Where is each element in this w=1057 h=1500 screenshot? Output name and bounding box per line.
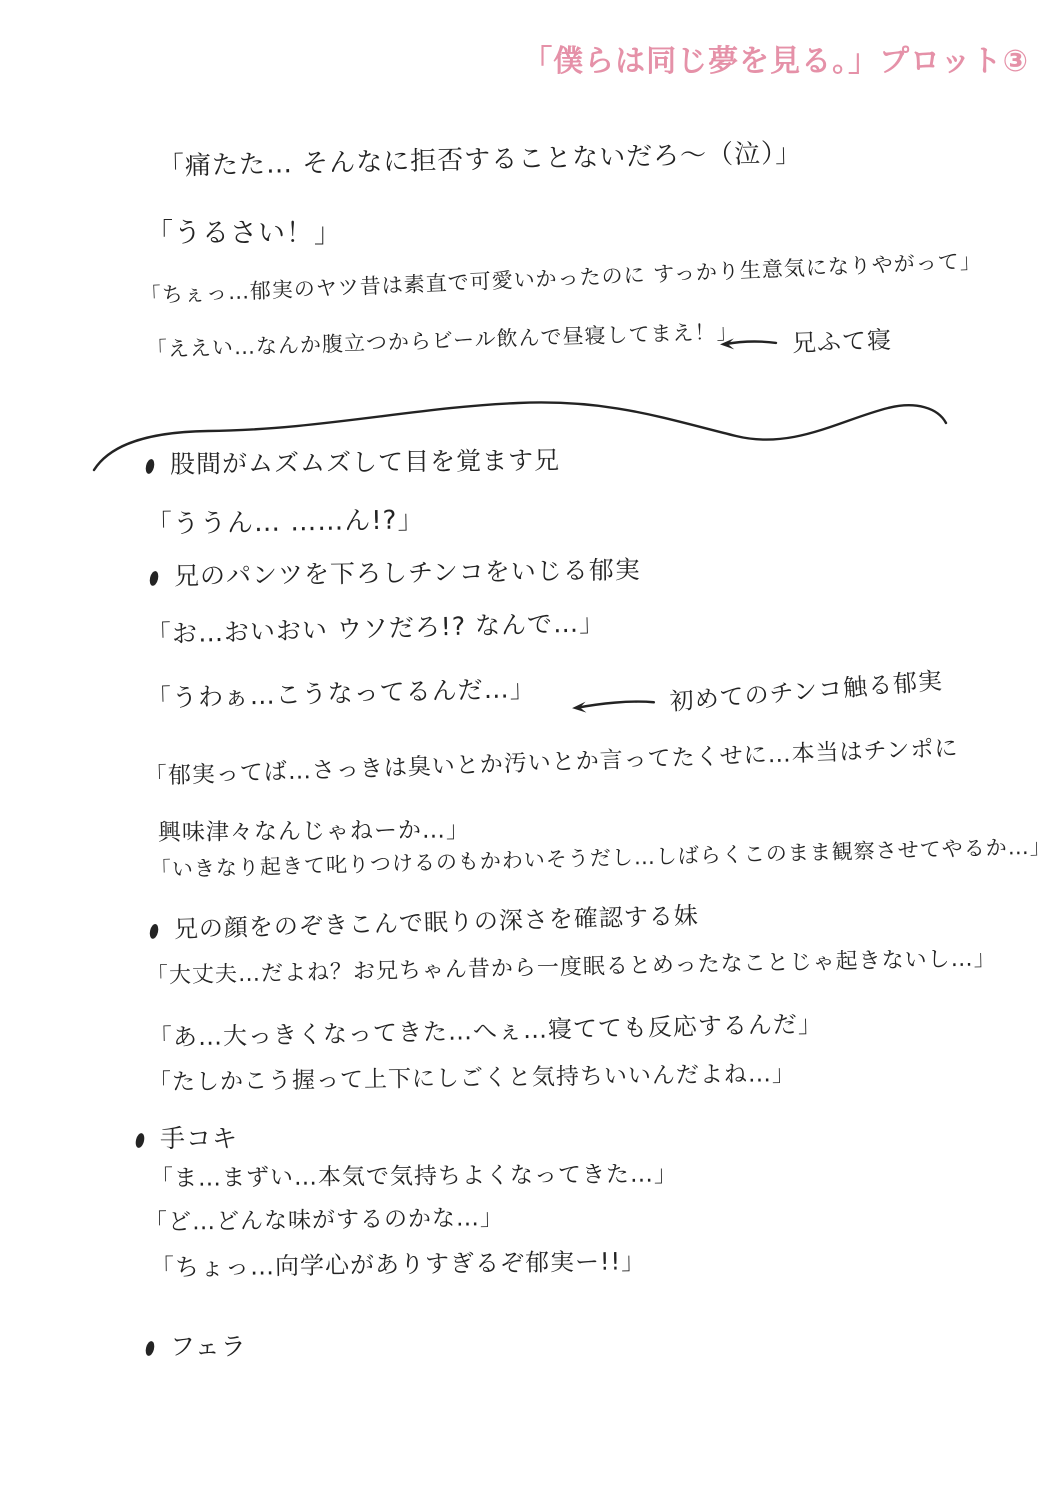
dialogue-text: 「たしかこう握って上下にしごくと気持ちいいんだよね…」 bbox=[148, 1061, 796, 1096]
dialogue-text: 興味津々なんじゃねーか…」 bbox=[158, 817, 470, 846]
manuscript-line-01: 「痛たた… そんなに拒否することないだろ〜（泣）」 bbox=[158, 139, 803, 184]
manuscript-line-05: 股間がムズムズして目を覚ます兄 bbox=[146, 446, 560, 480]
manuscript-line-10b: 興味津々なんじゃねーか…」 bbox=[158, 817, 470, 847]
manuscript-line-10a: 「郁実ってば…さっきは臭いとか汚いとか言ってたくせに…本当はチンポに bbox=[144, 736, 959, 792]
dialogue-text: 「うるさい！」 bbox=[146, 218, 342, 249]
margin-note-text: 兄ふて寝 bbox=[791, 320, 892, 358]
left-arrow-icon bbox=[716, 332, 779, 352]
page-title: 「僕らは同じ夢を見る。」プロット③ bbox=[522, 36, 1029, 80]
manuscript-line-18: 「ど…どんな味がするのかな…」 bbox=[144, 1205, 504, 1238]
dialogue-text: 「あ…大っきくなってきた…へぇ…寝てても反応するんだ」 bbox=[148, 1010, 823, 1052]
manuscript-page: 「僕らは同じ夢を見る。」プロット③ 「痛たた… そんなに拒否することないだろ〜（… bbox=[0, 0, 1057, 1500]
manuscript-line-08: 「お…おいおい ウソだろ!? なんで…」 bbox=[146, 608, 606, 650]
margin-note-brother-sulks: 兄ふて寝 bbox=[715, 320, 892, 361]
manuscript-line-04: 「ええい…なんか腹立つからビール飲んで昼寝してまえ！」 bbox=[146, 319, 739, 363]
bullet-text: 股間がムズムズして目を覚ます兄 bbox=[170, 446, 560, 479]
dialogue-text: 「ううん… ……ん!?」 bbox=[146, 505, 425, 540]
dialogue-text: 「痛たた… そんなに拒否することないだろ〜（泣）」 bbox=[158, 139, 803, 182]
dialogue-text: 「お…おいおい ウソだろ!? なんで…」 bbox=[146, 608, 606, 649]
manuscript-line-09: 「うわぁ…こうなってるんだ…」 bbox=[146, 674, 536, 714]
dialogue-text: 「大丈夫…だよね？お兄ちゃん昔から一度眠るとめったなことじゃ起きないし…」 bbox=[146, 946, 997, 989]
manuscript-line-12: 兄の顔をのぞきこんで眠りの深さを確認する妹 bbox=[150, 902, 700, 945]
dialogue-text: 「ちょっ…向学心がありすぎるぞ郁実ー!!」 bbox=[150, 1247, 647, 1282]
manuscript-line-20: フェラ bbox=[146, 1332, 247, 1362]
manuscript-line-14: 「あ…大っきくなってきた…へぇ…寝てても反応するんだ」 bbox=[148, 1010, 823, 1053]
manuscript-line-15: 「たしかこう握って上下にしごくと気持ちいいんだよね…」 bbox=[148, 1061, 796, 1098]
bullet-text: フェラ bbox=[170, 1332, 247, 1361]
dialogue-text: 「郁実ってば…さっきは臭いとか汚いとか言ってたくせに…本当はチンポに bbox=[144, 736, 959, 790]
manuscript-line-06: 「ううん… ……ん!?」 bbox=[146, 505, 425, 541]
manuscript-line-07: 兄のパンツを下ろしチンコをいじる郁実 bbox=[150, 555, 641, 592]
manuscript-line-02: 「うるさい！」 bbox=[146, 218, 342, 250]
dialogue-text: 「ど…どんな味がするのかな…」 bbox=[144, 1205, 504, 1236]
dialogue-text: 「ま…まずい…本気で気持ちよくなってきた…」 bbox=[150, 1161, 678, 1192]
bullet-text: 兄の顔をのぞきこんで眠りの深さを確認する妹 bbox=[174, 902, 700, 944]
manuscript-line-16: 手コキ bbox=[136, 1124, 238, 1154]
margin-note-first-touch: 初めてのチンコ触る郁実 bbox=[567, 661, 944, 725]
dialogue-text: 「ちぇっ…郁実のヤツ昔は素直で可愛いかったのに すっかり生意気になりやがって」 bbox=[139, 249, 982, 308]
left-arrow-icon bbox=[567, 692, 656, 717]
dialogue-text: 「ええい…なんか腹立つからビール飲んで昼寝してまえ！」 bbox=[146, 319, 739, 362]
bullet-dot bbox=[144, 458, 155, 474]
margin-note-text: 初めてのチンコ触る郁実 bbox=[668, 661, 944, 717]
manuscript-line-19: 「ちょっ…向学心がありすぎるぞ郁実ー!!」 bbox=[150, 1247, 647, 1283]
bullet-dot bbox=[144, 1340, 155, 1356]
dialogue-text: 「うわぁ…こうなってるんだ…」 bbox=[146, 674, 536, 713]
manuscript-line-17: 「ま…まずい…本気で気持ちよくなってきた…」 bbox=[150, 1161, 678, 1193]
bullet-text: 兄のパンツを下ろしチンコをいじる郁実 bbox=[174, 555, 641, 591]
bullet-dot bbox=[148, 570, 159, 586]
bullet-text: 手コキ bbox=[160, 1124, 238, 1153]
bullet-dot bbox=[148, 923, 159, 939]
bullet-dot bbox=[134, 1132, 145, 1148]
manuscript-line-03: 「ちぇっ…郁実のヤツ昔は素直で可愛いかったのに すっかり生意気になりやがって」 bbox=[139, 249, 982, 309]
manuscript-line-13: 「大丈夫…だよね？お兄ちゃん昔から一度眠るとめったなことじゃ起きないし…」 bbox=[146, 946, 997, 990]
